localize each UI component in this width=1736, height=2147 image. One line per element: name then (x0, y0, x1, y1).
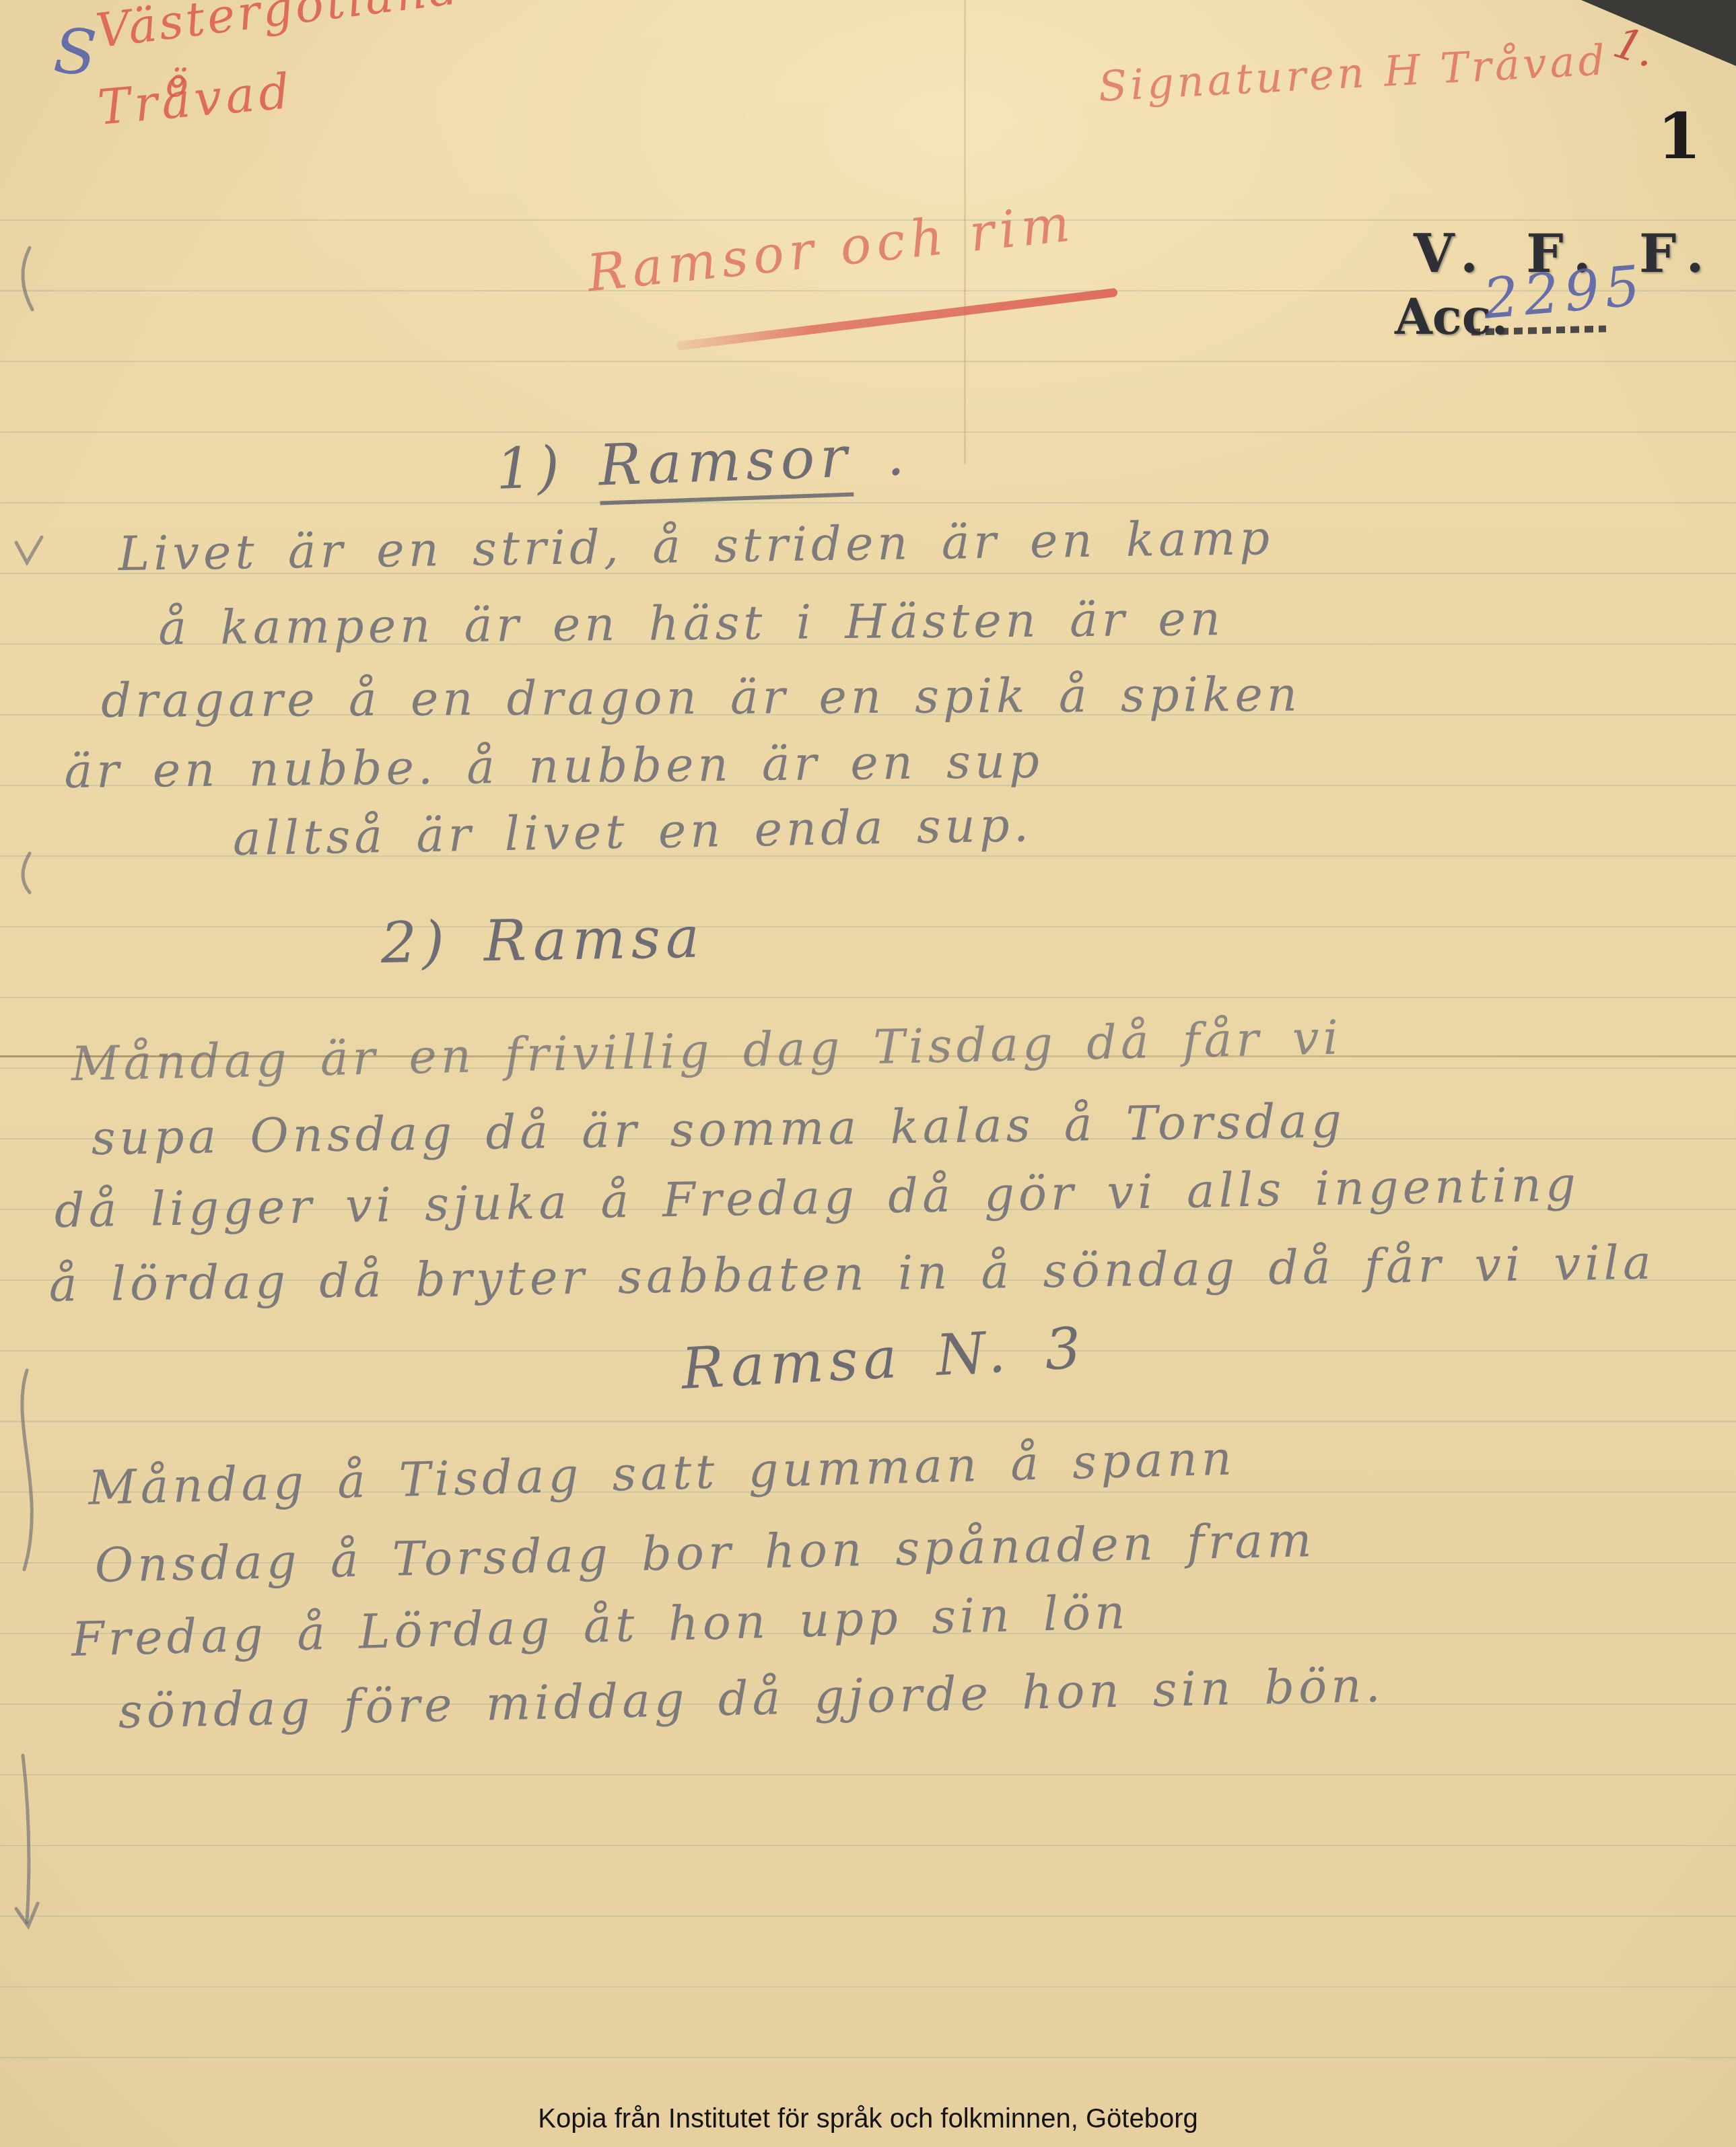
manuscript-line: å kampen är en häst i Hästen är en (158, 591, 1224, 656)
manuscript-line: supa Onsdag då är somma kalas å Torsdag (91, 1093, 1346, 1166)
manuscript-line: Onsdag å Torsdag bor hon spånaden fram (94, 1512, 1316, 1593)
stanza1-heading: 1) Ramsor . (495, 422, 911, 502)
parish-annotation: Tråvad (96, 63, 296, 136)
manuscript-line: dragare å en dragon är en spik å spiken (101, 667, 1301, 728)
blue-overwrite-letter: S (52, 15, 99, 90)
stanza1-heading-number: 1) (495, 433, 600, 502)
accession-number: 2295 (1481, 254, 1648, 332)
signature-annotation: Signaturen H Tråvad (1097, 35, 1609, 111)
red-title-underline (676, 288, 1118, 351)
stanza3-heading: Ramsa N. 3 (680, 1315, 1088, 1402)
manuscript-line: söndag före middag då gjorde hon sin bön… (118, 1658, 1385, 1739)
manuscript-line: Måndag är en frivillig dag Tisdag då får… (71, 1010, 1343, 1092)
archive-copy-caption: Kopia från Institutet för språk och folk… (0, 2104, 1736, 2134)
stanza1-heading-word: Ramsor (598, 424, 854, 505)
manuscript-line: är en nubbe. å nubben är en sup (64, 734, 1043, 799)
province-annotation: Västergötland (93, 0, 464, 59)
manuscript-line: Livet är en strid, å striden är en kamp (118, 510, 1274, 582)
manuscript-line: då ligger vi sjuka å Fredag då gör vi al… (54, 1156, 1580, 1238)
manuscript-line: alltså är livet en enda sup. (232, 797, 1033, 866)
red-title: Ramsor och rim (584, 192, 1078, 304)
manuscript-line: Måndag å Tisdag satt gumman å spann (88, 1430, 1237, 1516)
stanza1-heading-period: . (851, 422, 911, 490)
page-number: 1 (1657, 100, 1701, 174)
stanza2-heading: 2) Ramsa (380, 905, 705, 976)
manuscript-line: Fredag å Lördag åt hon upp sin lön (71, 1584, 1130, 1667)
manuscript-page: S Västergötland ö Tråvad Signaturen H Tr… (0, 0, 1736, 2147)
manuscript-line: å lördag då bryter sabbaten in å söndag … (48, 1235, 1655, 1312)
